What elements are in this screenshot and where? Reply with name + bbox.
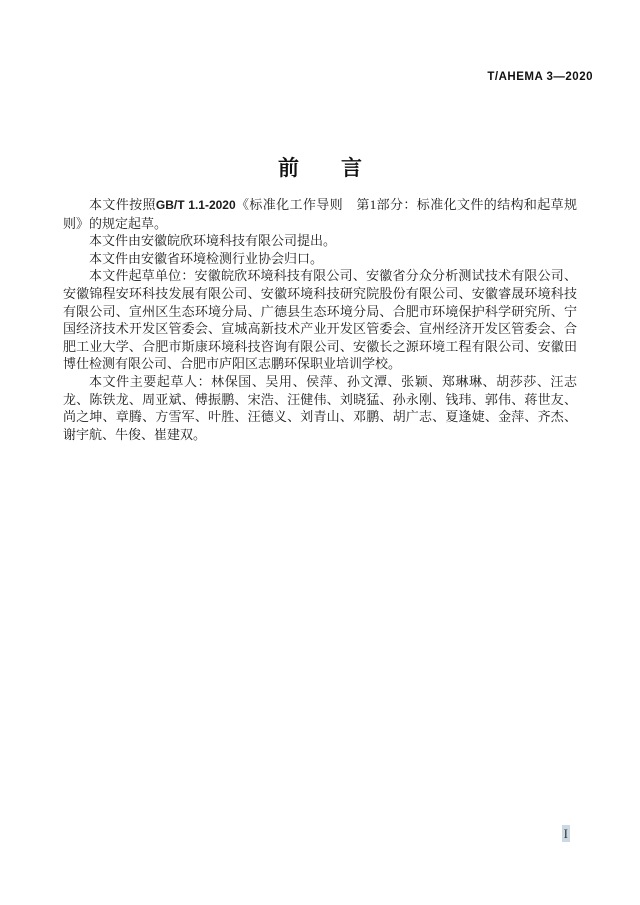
foreword-title: 前 言 (0, 152, 640, 182)
document-body: 本文件按照GB/T 1.1-2020《标准化工作导则 第1部分：标准化文件的结构… (63, 196, 577, 443)
paragraph-drafters: 本文件主要起草人：林保国、吴用、侯萍、孙文潭、张颖、郑琳琳、胡莎莎、汪志龙、陈铁… (63, 373, 577, 443)
document-page: T/AHEMA 3—2020 前 言 本文件按照GB/T 1.1-2020《标准… (0, 0, 640, 905)
paragraph-basis-pre: 本文件按照 (89, 197, 156, 212)
paragraph-basis: 本文件按照GB/T 1.1-2020《标准化工作导则 第1部分：标准化文件的结构… (63, 196, 577, 232)
page-number-field: I (562, 825, 570, 842)
standard-code: GB/T 1.1-2020 (156, 198, 236, 212)
paragraph-drafting-organizations: 本文件起草单位：安徽皖欣环境科技有限公司、安徽省分众分析测试技术有限公司、安徽锦… (63, 267, 577, 373)
paragraph-centralized-by: 本文件由安徽省环境检测行业协会归口。 (63, 250, 577, 268)
document-code: T/AHEMA 3—2020 (487, 71, 593, 83)
paragraph-proposer: 本文件由安徽皖欣环境科技有限公司提出。 (63, 232, 577, 250)
